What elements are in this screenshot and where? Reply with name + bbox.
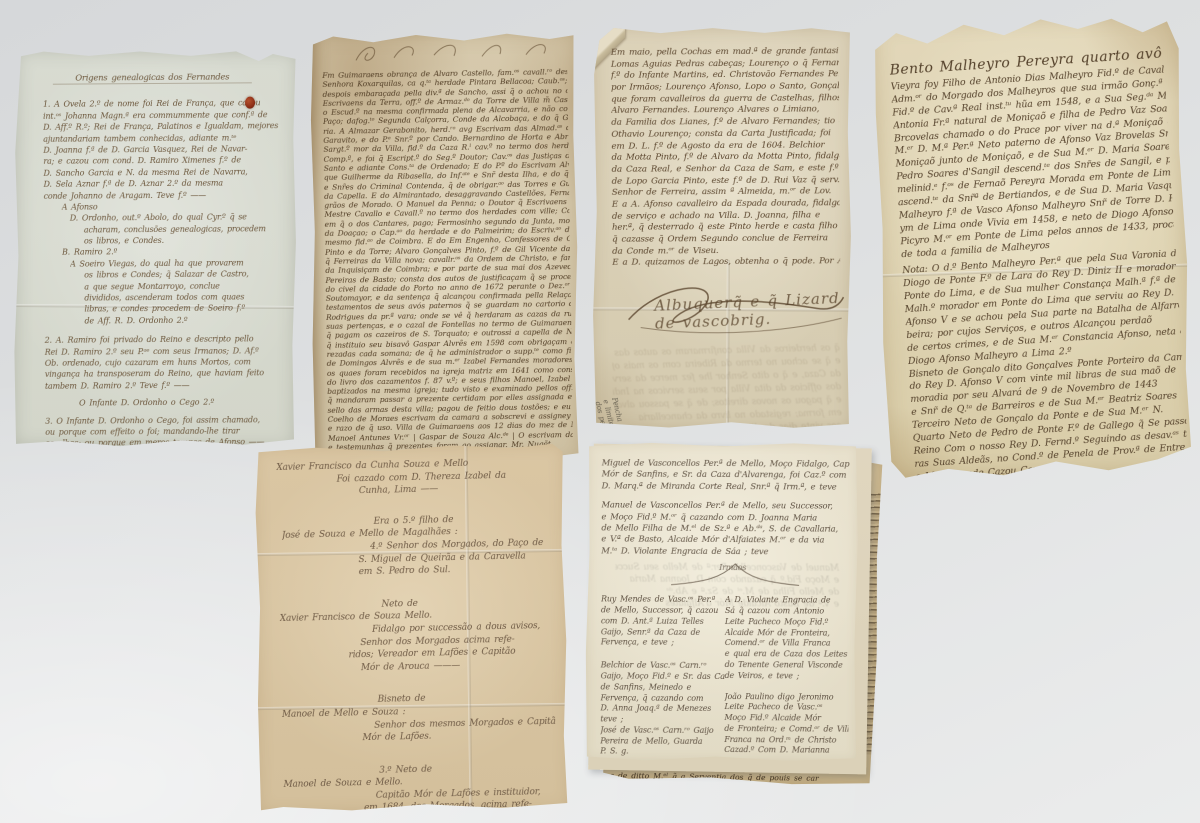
handwriting-line: Ruy Mendes de Vasc.ᵒˢ Per.ª xyxy=(601,594,725,605)
show-through-writing: q̃ os herdeiros da Villa confirmaram os … xyxy=(612,342,842,430)
manuscript-grey-memo: Origens genealogicas dos Fernandes 1. A … xyxy=(13,49,299,449)
manuscript-souza-mello: Xavier Francisco da Cunha Souza e MelloF… xyxy=(253,443,569,813)
handwriting-line: Comend.ᵒʳ de Villa Franca xyxy=(725,638,849,649)
handwriting-line: com D. Ant.ª Luiza Telles xyxy=(601,616,725,627)
rubric-flourish xyxy=(350,39,560,66)
handwriting-line: 3. O Infante D. Ordonho o Cego, foi assi… xyxy=(45,414,284,427)
handwriting-line: Franca na Ord.ᵐ de Christo xyxy=(724,735,848,746)
handwriting-line: vingança ha transposeram do Reino, que h… xyxy=(45,367,284,380)
handwriting-block: Bento Malheyro Pereyra quarto avô de Cus… xyxy=(889,44,1189,484)
handwriting-line: D. Marq.ª de Miranda Corte Real, Snr.ª q… xyxy=(602,480,850,493)
handwriting-line: D. Aff.º R.º; Rei de França, Palatinos e… xyxy=(43,120,282,133)
handwriting-line: O Infante D. Ordonho o Cego 2.º xyxy=(79,396,284,409)
tree-left-column: Ruy Mendes de Vasc.ᵒˢ Per.ªde Mello, Suc… xyxy=(600,594,725,758)
handwriting-line: Gaijo, Senr.ª da Caza de xyxy=(601,627,725,638)
handwriting-line: Sá q̃ cazou com Antonio xyxy=(725,606,849,617)
handwriting-line: Pereira de Mello, Guarda xyxy=(600,736,724,747)
photo-of-manuscripts: Origens genealogicas dos Fernandes 1. A … xyxy=(0,0,1200,823)
signature-block: Albuquerq̃ e q̃ Lizard de vascobrig. xyxy=(620,274,840,346)
manuscript-dense-certificate-content: Fm Guimaraens obrança de Alvaro Castello… xyxy=(308,31,582,465)
handwriting-line: Othavio Lourenço; consta da Carta Justif… xyxy=(611,128,839,141)
manuscript-justification: Em maio, pella Cochas em mad.ª de grande… xyxy=(591,26,853,429)
manuscript-grey-memo-content: Origens genealogicas dos Fernandes 1. A … xyxy=(13,49,299,449)
handwriting-line: A D. Violante Engracia de xyxy=(725,595,849,606)
handwriting-line: Gaijo, Moço Fid.º e Sr. das Cazas xyxy=(601,671,725,682)
handwriting-line: os olhos; ou porque em meros tempos de A… xyxy=(45,436,284,449)
manuscript-bento-malheyro-content: Bento Malheyro Pereyra quarto avô de Cus… xyxy=(865,8,1200,484)
handwriting-line: Leite Pacheco de Vasc.ᵒˢ xyxy=(724,702,848,713)
handwriting-line: D. Sancho Garcia e N. da mesma Rei de Na… xyxy=(43,166,282,179)
handwriting-line: da Caza Real, e Senhor da Caza de Sam, e… xyxy=(612,163,840,176)
handwriting-line: P. S. g. xyxy=(600,747,724,758)
brace-label: Irmãos xyxy=(719,563,746,572)
handwriting-line: tambem D. Ramiro 2.º Teve f.º —— xyxy=(45,379,284,392)
handwriting-line: Leite Pacheco Moço Fid.º xyxy=(725,617,849,628)
paragraph-1: Miguel de Vasconcellos Per.ª de Mello, M… xyxy=(602,457,850,492)
handwriting-line: de Fronteira; e Comd.ᵒʳ de Villa xyxy=(724,724,848,735)
handwriting-line: Fervença, e teve ; xyxy=(601,638,725,649)
handwriting-line: E a D. quizamos de Lagos, obtenha o q̃ p… xyxy=(612,257,840,270)
handwriting-block: 1. A Ovela 2.º de nome foi Rei de França… xyxy=(43,98,284,449)
tree-right-column: A D. Violante Engracia deSá q̃ cazou com… xyxy=(724,595,849,759)
handwriting-line: Moço Fid.º Alcaide Mór xyxy=(724,713,848,724)
handwriting-line: do Tenente General Visconde xyxy=(725,660,849,671)
handwriting-line: E a A. Afonso cavalleiro da Espada doura… xyxy=(612,198,840,211)
memo-header: Origens genealogicas dos Fernandes xyxy=(53,71,252,85)
manuscript-bento-malheyro: Bento Malheyro Pereyra quarto avô de Cus… xyxy=(871,12,1195,480)
handwriting-line: de Sanfins, Meinedo e xyxy=(601,682,725,693)
handwriting-line: Fervença, q̃ cazando com xyxy=(600,693,724,704)
handwriting-line: Manuel de Vasconcellos Per.ª de Mello, s… xyxy=(601,500,849,513)
handwriting-line: de Aff. R. D. Ordonho 2.º xyxy=(84,314,283,327)
manuscript-dense-certificate: Fm Guimaraens obrança de Alvaro Castello… xyxy=(309,32,580,464)
handwriting-line: teve ; xyxy=(600,714,724,725)
handwriting-line: e qual era de Caza dos Leites xyxy=(725,649,849,660)
handwriting-line: José de Vasc.ᵒˢ Carn.ʳᵒ Gaijo xyxy=(600,725,724,736)
handwriting-line: Belchior de Vasc.ᵒˢ Carn.ʳᵒ xyxy=(601,660,725,671)
handwriting-line: de Mello, Successor, q̃ cazou xyxy=(601,605,725,616)
top-sheet: Manuel de Vasconcellos Per.ª de Mello se… xyxy=(584,441,860,762)
manuscript-justification-content: Em maio, pella Cochas em mad.ª de grande… xyxy=(591,26,854,430)
wax-seal-spot xyxy=(245,97,255,109)
handwriting-line: João Paulino digo Jeronimo xyxy=(724,692,848,703)
handwriting-line: Alcaide Mór de Fronteira, xyxy=(725,628,849,639)
handwriting-line: M.ᵗᵃ D. Violante Engracia de Sáa ; teve xyxy=(601,545,849,558)
handwriting-line: Cazad.º Com D. Marianna xyxy=(724,745,848,756)
tree-brace-row: Irmãos xyxy=(601,560,849,587)
manuscript-souza-mello-content: Xavier Francisco da Cunha Souza e MelloF… xyxy=(252,442,571,815)
handwriting-line: Mór de Sanfins, e Sr. da Caza d'Alvareng… xyxy=(602,469,850,482)
handwriting-block: Em maio, pella Cochas em mad.ª de grande… xyxy=(611,46,841,270)
manuscript-vasconcellos-stack: na de ditto Melchior aos Senr̃es foi pel… xyxy=(581,438,883,790)
handwriting-line: acharam, conclusões genealogicas, proced… xyxy=(84,223,283,236)
handwriting-line: ridos, da Quinta do Paço de S. Miguel xyxy=(352,811,557,815)
handwriting-line: D. Joanna f.ª de D. Garcia Vasquez, Rei … xyxy=(43,143,282,156)
paragraph-2: Manuel de Vasconcellos Per.ª de Mello, s… xyxy=(601,500,849,558)
tree-columns: Ruy Mendes de Vasc.ᵒˢ Per.ªde Mello, Suc… xyxy=(600,594,849,758)
handwriting-line: D. Anna Joaq.ª de Menezes xyxy=(600,704,724,715)
handwriting-line: q̃ cazasse q̃ Ordem Segundo conclue de F… xyxy=(612,233,840,246)
handwriting-block: Xavier Francisco da Cunha Souza e MelloF… xyxy=(276,456,557,815)
handwriting-line: de Veiros, e teve ; xyxy=(725,671,849,682)
vasconcellos-content: Miguel de Vasconcellos Per.ª de Mello, M… xyxy=(584,441,860,762)
handwriting-block: Fm Guimaraens obrança de Alvaro Castello… xyxy=(322,67,573,452)
handwriting-line: e V.ª de Basto, Alcaide Mór d'Alfaiates … xyxy=(601,534,849,547)
handwriting-line: a de ditto M.ᵉˡ q̃ a Serventia dos q̃ de… xyxy=(609,772,845,784)
